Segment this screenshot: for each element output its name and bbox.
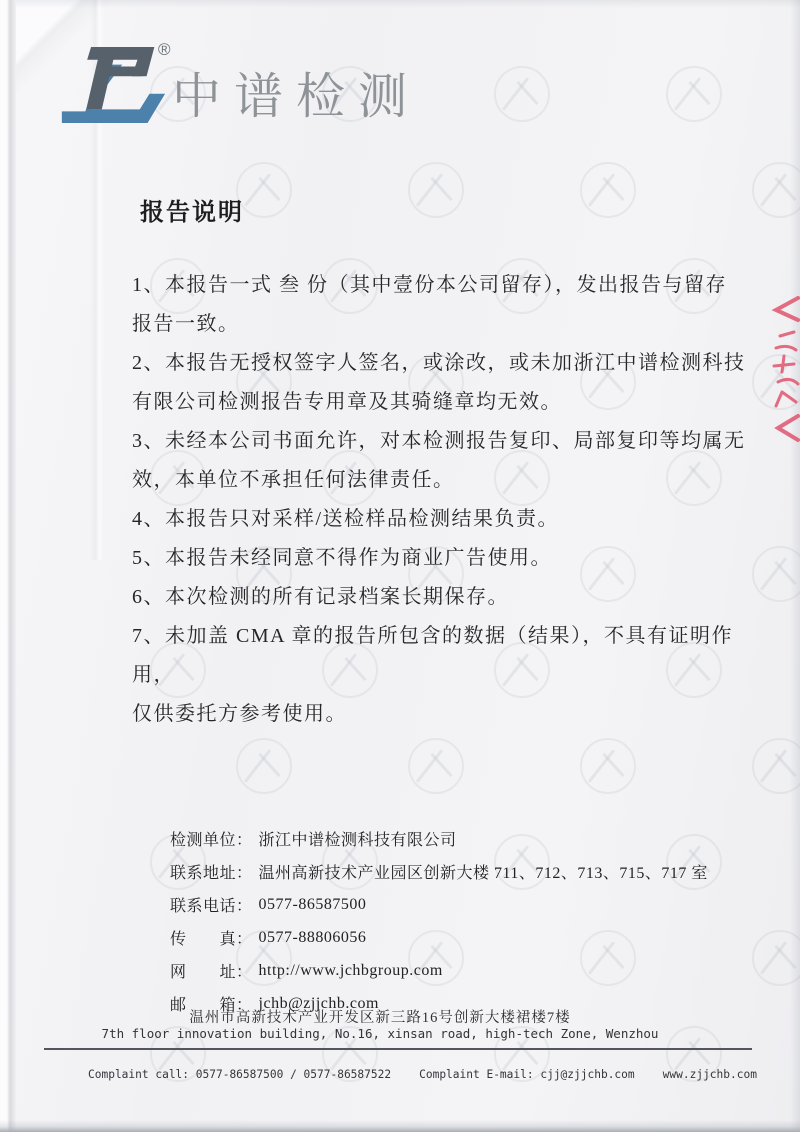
- contact-value: 浙江中谱检测科技有限公司: [259, 827, 457, 850]
- report-note-item-2: 2、本报告无授权签字人签名，或涂改，或未加浙江中谱检测科技 有限公司检测报告专用…: [132, 344, 760, 422]
- footer-address-en: 7th floor innovation building, No.16, xi…: [0, 1026, 760, 1041]
- contact-value: 温州高新技术产业园区创新大楼 711、712、713、715、717 室: [259, 860, 708, 883]
- contact-row-address: 联系地址： 温州高新技术产业园区创新大楼 711、712、713、715、717…: [170, 855, 708, 888]
- contact-value: http://www.jchbgroup.com: [259, 962, 443, 980]
- contact-label: 网 址：: [170, 959, 253, 982]
- contact-row-phone: 联系电话： 0577-86587500: [170, 888, 708, 921]
- report-note-item-5: 5、本报告未经同意不得作为商业广告使用。: [132, 539, 760, 578]
- contact-label: 传 真：: [170, 926, 253, 949]
- report-notes: 1、本报告一式 叁 份（其中壹份本公司留存），发出报告与留存 报告一致。 2、本…: [132, 266, 760, 734]
- report-note-item-3: 3、未经本公司书面允许，对本检测报告复印、局部复印等均属无 效，本单位不承担任何…: [132, 422, 760, 500]
- contact-label: 联系电话：: [170, 893, 253, 916]
- contact-value: 0577-88806056: [259, 929, 367, 947]
- scanned-report-page: { "brand": { "logo_icon": "zp-monogram",…: [0, 0, 800, 1132]
- red-edge-seal-mark: [746, 288, 800, 448]
- report-note-item-4: 4、本报告只对采样/送检样品检测结果负责。: [132, 500, 760, 539]
- zp-logo-icon: [56, 40, 168, 132]
- complaint-call: Complaint call: 0577-86587500 / 0577-865…: [88, 1068, 391, 1081]
- contact-label: 检测单位：: [170, 827, 253, 850]
- report-note-item-7: 7、未加盖 CMA 章的报告所包含的数据（结果），不具有证明作用， 仅供委托方参…: [132, 617, 760, 734]
- footer-divider: [44, 1048, 752, 1050]
- footer-complaint-row: Complaint call: 0577-86587500 / 0577-865…: [88, 1068, 757, 1081]
- footer-website: www.zjjchb.com: [663, 1068, 757, 1081]
- contact-value: 0577-86587500: [259, 896, 367, 914]
- contact-row-unit: 检测单位： 浙江中谱检测科技有限公司: [170, 822, 708, 855]
- contact-info: 检测单位： 浙江中谱检测科技有限公司 联系地址： 温州高新技术产业园区创新大楼 …: [170, 822, 708, 1020]
- contact-label: 联系地址：: [170, 860, 253, 883]
- registered-trademark: ®: [158, 40, 171, 60]
- brand-name: 中谱检测: [172, 58, 420, 128]
- document-content: ® 中谱检测 报告说明 1、本报告一式 叁 份（其中壹份本公司留存），发出报告与…: [0, 0, 800, 1132]
- report-note-item-6: 6、本次检测的所有记录档案长期保存。: [132, 578, 760, 617]
- contact-row-website: 网 址： http://www.jchbgroup.com: [170, 954, 708, 987]
- page-title: 报告说明: [140, 192, 244, 227]
- complaint-email: Complaint E-mail: cjj@zjjchb.com: [419, 1068, 635, 1081]
- contact-row-fax: 传 真： 0577-88806056: [170, 921, 708, 954]
- report-note-item-1: 1、本报告一式 叁 份（其中壹份本公司留存），发出报告与留存 报告一致。: [132, 266, 760, 344]
- footer-address-cn: 温州市高新技术产业开发区新三路16号创新大楼裙楼7楼: [0, 1006, 760, 1027]
